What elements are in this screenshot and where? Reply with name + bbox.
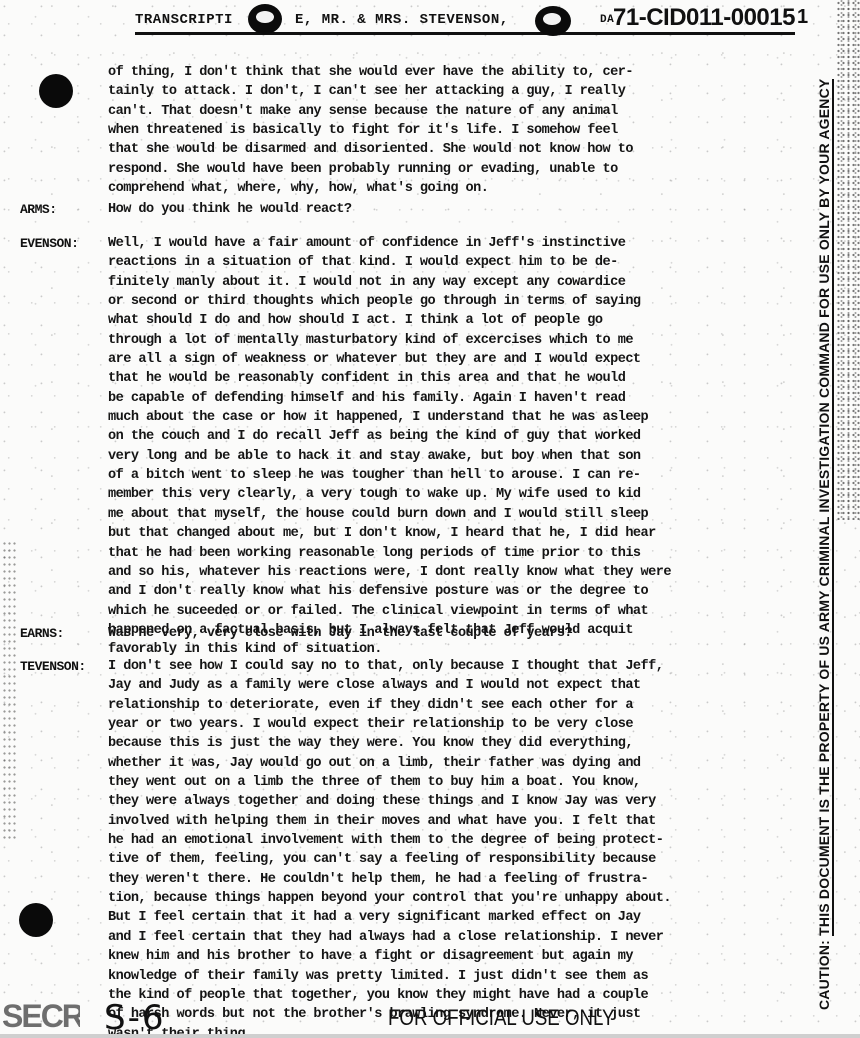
header-title: TRANSCRIPTI bbox=[135, 12, 233, 28]
text-line: which he suceeded or or failed. The clin… bbox=[108, 602, 798, 621]
dialogue-text: Was he very, very close with Jay in the … bbox=[108, 624, 798, 643]
text-line: and so his, whatever his reactions were,… bbox=[108, 563, 798, 582]
caution-notice: CAUTION: THIS DOCUMENT IS THE PROPERTY O… bbox=[816, 10, 832, 1010]
text-line: knew him and his brother to have a fight… bbox=[108, 947, 798, 966]
text-line: that she would be disarmed and disorient… bbox=[108, 140, 798, 159]
text-line: Was he very, very close with Jay in the … bbox=[108, 624, 798, 643]
text-line: of a bitch went to sleep he was tougher … bbox=[108, 466, 798, 485]
text-line: tion, because things happen beyond your … bbox=[108, 889, 798, 908]
dialogue-text: Well, I would have a fair amount of conf… bbox=[108, 234, 798, 660]
ink-blot bbox=[248, 4, 282, 34]
text-line: whether it was, Jay would go out on a li… bbox=[108, 754, 798, 773]
text-line: can't. That doesn't make any sense becau… bbox=[108, 102, 798, 121]
text-line: what should I do and how should I act. I… bbox=[108, 311, 798, 330]
caution-text: THIS DOCUMENT IS THE PROPERTY OF US ARMY… bbox=[816, 79, 834, 936]
text-line: tive of them, feeling, you can't say a f… bbox=[108, 850, 798, 869]
text-line: they were always together and doing thes… bbox=[108, 792, 798, 811]
text-line: when threatened is basically to fight fo… bbox=[108, 121, 798, 140]
document-id: 71-CID011-00015 bbox=[613, 4, 795, 32]
speaker-label: TEVENSON: bbox=[20, 657, 108, 676]
text-line: knowledge of their family was pretty lim… bbox=[108, 967, 798, 986]
speaker-label: ARMS: bbox=[20, 200, 108, 219]
dialogue-text: How do you think he would react? bbox=[108, 200, 798, 219]
text-line: member this very clearly, a very tough t… bbox=[108, 485, 798, 504]
text-line: they weren't there. He couldn't help the… bbox=[108, 870, 798, 889]
text-line: he had an emotional involvement with the… bbox=[108, 831, 798, 850]
dialogue-text: of thing, I don't think that she would e… bbox=[108, 63, 798, 198]
text-line: they went out on a limb the three of the… bbox=[108, 773, 798, 792]
text-line: comprehend what, where, why, how, what's… bbox=[108, 179, 798, 198]
text-line: and I feel certain that they had always … bbox=[108, 928, 798, 947]
text-line: finitely manly about it. I would not in … bbox=[108, 273, 798, 292]
scan-noise bbox=[2, 540, 16, 840]
text-line: through a lot of mentally masturbatory k… bbox=[108, 331, 798, 350]
footer-stamp: SECRET bbox=[2, 998, 80, 1038]
header-names: E, MR. & MRS. STEVENSON, bbox=[295, 12, 509, 28]
text-line: Jay and Judy as a family were close alwa… bbox=[108, 676, 798, 695]
text-line: But I feel certain that it had a very si… bbox=[108, 908, 798, 927]
text-line: on the couch and I do recall Jeff as bei… bbox=[108, 427, 798, 446]
text-line: and I don't really know what his defensi… bbox=[108, 582, 798, 601]
classification-label: FOR OFFICIAL USE ONLY bbox=[388, 1005, 615, 1031]
text-line: that he would be reasonably confident in… bbox=[108, 369, 798, 388]
text-line: I don't see how I could say no to that, … bbox=[108, 657, 798, 676]
text-line: very long and be able to hack it and sta… bbox=[108, 447, 798, 466]
punch-hole bbox=[39, 74, 73, 108]
text-line: me about that myself, the house could bu… bbox=[108, 505, 798, 524]
caution-prefix: CAUTION: bbox=[816, 940, 832, 1010]
footer-page-label: S-6 bbox=[104, 998, 165, 1038]
punch-hole bbox=[19, 903, 53, 937]
document-page: TRANSCRIPTI E, MR. & MRS. STEVENSON, DA … bbox=[0, 0, 860, 1038]
ink-blot bbox=[535, 6, 571, 36]
text-line: tainly to attack. I don't, I can't see h… bbox=[108, 82, 798, 101]
document-header: TRANSCRIPTI E, MR. & MRS. STEVENSON, DA … bbox=[135, 8, 795, 35]
text-line: because this is just the way they were. … bbox=[108, 734, 798, 753]
text-line: that he had been working reasonable long… bbox=[108, 544, 798, 563]
dialogue-text: I don't see how I could say no to that, … bbox=[108, 657, 798, 1038]
text-line: year or two years. I would expect their … bbox=[108, 715, 798, 734]
text-line: Well, I would have a fair amount of conf… bbox=[108, 234, 798, 253]
text-line: of thing, I don't think that she would e… bbox=[108, 63, 798, 82]
speaker-label: EARNS: bbox=[20, 624, 108, 643]
scan-noise bbox=[836, 0, 860, 520]
text-line: the kind of people that together, you kn… bbox=[108, 986, 798, 1005]
speaker-label: EVENSON: bbox=[20, 234, 108, 253]
page-edge bbox=[0, 1034, 860, 1038]
text-line: be capable of defending himself and his … bbox=[108, 389, 798, 408]
header-page-number: 1 bbox=[797, 6, 809, 29]
text-line: but that changed about me, but I don't k… bbox=[108, 524, 798, 543]
text-line: How do you think he would react? bbox=[108, 200, 798, 219]
text-line: or second or third thoughts which people… bbox=[108, 292, 798, 311]
text-line: respond. She would have been probably ru… bbox=[108, 160, 798, 179]
text-line: involved with helping them in their move… bbox=[108, 812, 798, 831]
text-line: relationship to deteriorate, even if the… bbox=[108, 696, 798, 715]
text-line: reactions in a situation of that kind. I… bbox=[108, 253, 798, 272]
text-line: much about the case or how it happened, … bbox=[108, 408, 798, 427]
text-line: are all a sign of weakness or whatever b… bbox=[108, 350, 798, 369]
